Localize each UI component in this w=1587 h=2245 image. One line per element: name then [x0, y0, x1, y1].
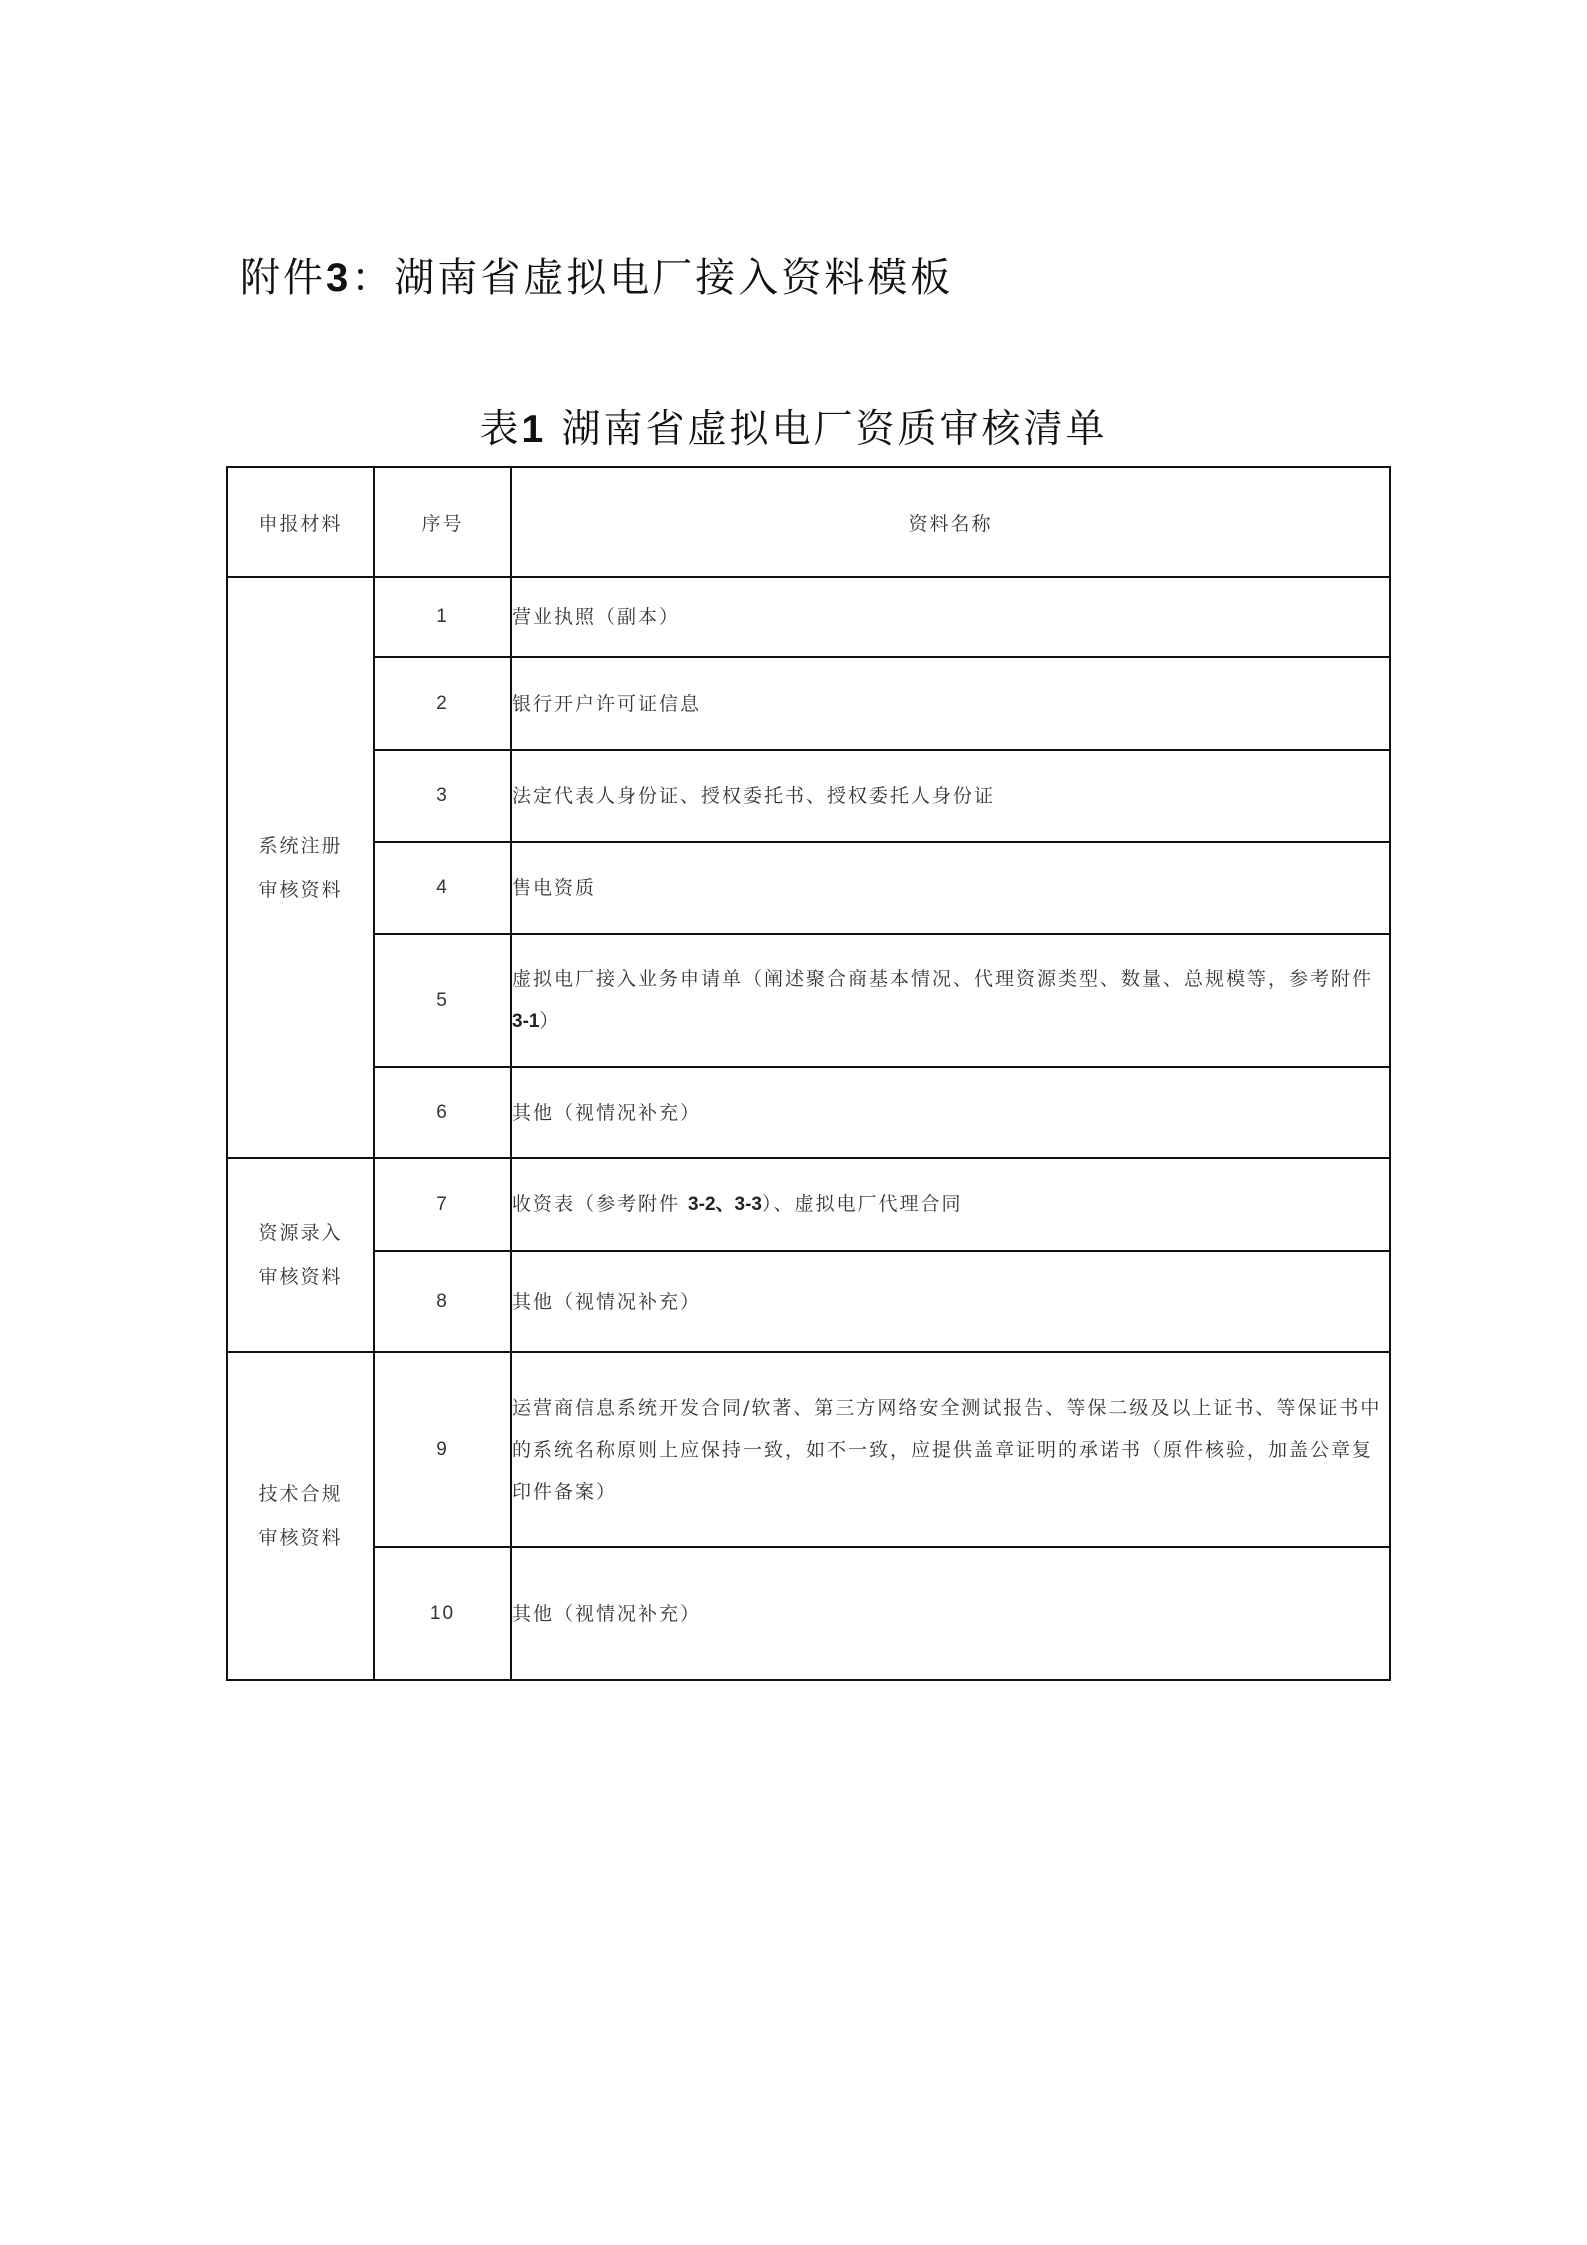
- qualification-checklist-table: 申报材料 序号 资料名称 系统注册 审核资料 1 营业执照（副本） 2 银行开户…: [226, 466, 1391, 1681]
- attachment-title-text: ：湖南省虚拟电厂接入资料模板: [351, 255, 953, 301]
- table-row: 6 其他（视情况补充）: [227, 1067, 1390, 1158]
- table-row: 3 法定代表人身份证、授权委托书、授权委托人身份证: [227, 750, 1390, 842]
- table-row: 系统注册 审核资料 1 营业执照（副本）: [227, 577, 1390, 657]
- row-seq: 7: [374, 1158, 511, 1251]
- group-label-line2: 审核资料: [228, 1516, 373, 1560]
- row-seq: 5: [374, 934, 511, 1067]
- row-name: 法定代表人身份证、授权委托书、授权委托人身份证: [511, 750, 1390, 842]
- row-seq: 10: [374, 1547, 511, 1680]
- row-name: 其他（视情况补充）: [511, 1547, 1390, 1680]
- table-row: 4 售电资质: [227, 842, 1390, 934]
- table-title-text: 湖南省虚拟电厂资质审核清单: [546, 407, 1107, 452]
- row-seq: 8: [374, 1251, 511, 1352]
- row-seq: 2: [374, 657, 511, 750]
- group-label-resource-entry: 资源录入 审核资料: [227, 1158, 374, 1352]
- row-seq: 3: [374, 750, 511, 842]
- group-label-line2: 审核资料: [228, 868, 373, 912]
- group-label-technical-compliance: 技术合规 审核资料: [227, 1352, 374, 1680]
- table-header-row: 申报材料 序号 资料名称: [227, 467, 1390, 577]
- row-name-part1: 虚拟电厂接入业务申请单（阐述聚合商基本情况、代理资源类型、数量、总规模等，参考附…: [512, 968, 1373, 990]
- header-category: 申报材料: [227, 467, 374, 577]
- group-label-line1: 资源录入: [228, 1211, 373, 1255]
- row-seq: 9: [374, 1352, 511, 1547]
- row-seq: 4: [374, 842, 511, 934]
- row-name: 其他（视情况补充）: [511, 1251, 1390, 1352]
- row-name: 虚拟电厂接入业务申请单（阐述聚合商基本情况、代理资源类型、数量、总规模等，参考附…: [511, 934, 1390, 1067]
- table-row: 5 虚拟电厂接入业务申请单（阐述聚合商基本情况、代理资源类型、数量、总规模等，参…: [227, 934, 1390, 1067]
- attachment-title-prefix: 附件: [240, 255, 326, 301]
- group-label-system-registration: 系统注册 审核资料: [227, 577, 374, 1158]
- table-row: 技术合规 审核资料 9 运营商信息系统开发合同/软著、第三方网络安全测试报告、等…: [227, 1352, 1390, 1547]
- header-name: 资料名称: [511, 467, 1390, 577]
- row-name-reference: 3-2、3-3: [688, 1194, 762, 1215]
- table-title-number: 1: [521, 408, 546, 451]
- row-name: 银行开户许可证信息: [511, 657, 1390, 750]
- table-row: 2 银行开户许可证信息: [227, 657, 1390, 750]
- group-label-line1: 系统注册: [228, 824, 373, 868]
- row-name: 其他（视情况补充）: [511, 1067, 1390, 1158]
- row-name: 运营商信息系统开发合同/软著、第三方网络安全测试报告、等保二级及以上证书、等保证…: [511, 1352, 1390, 1547]
- group-label-line1: 技术合规: [228, 1472, 373, 1516]
- table-title-prefix: 表: [479, 407, 521, 452]
- row-name-reference: 3-1: [512, 1011, 539, 1032]
- header-seq: 序号: [374, 467, 511, 577]
- table-title: 表1 湖南省虚拟电厂资质审核清单: [0, 404, 1587, 456]
- row-name-part2: ）、虚拟电厂代理合同: [762, 1193, 963, 1215]
- table-row: 8 其他（视情况补充）: [227, 1251, 1390, 1352]
- row-seq: 6: [374, 1067, 511, 1158]
- attachment-title-number: 3: [326, 256, 351, 300]
- attachment-title: 附件3：湖南省虚拟电厂接入资料模板: [240, 250, 953, 306]
- table-row: 资源录入 审核资料 7 收资表（参考附件 3-2、3-3）、虚拟电厂代理合同: [227, 1158, 1390, 1251]
- row-name-part1: 收资表（参考附件: [512, 1193, 688, 1215]
- row-seq: 1: [374, 577, 511, 657]
- row-name: 收资表（参考附件 3-2、3-3）、虚拟电厂代理合同: [511, 1158, 1390, 1251]
- row-name-part2: ）: [539, 1010, 560, 1032]
- row-name: 营业执照（副本）: [511, 577, 1390, 657]
- table-row: 10 其他（视情况补充）: [227, 1547, 1390, 1680]
- group-label-line2: 审核资料: [228, 1255, 373, 1299]
- row-name: 售电资质: [511, 842, 1390, 934]
